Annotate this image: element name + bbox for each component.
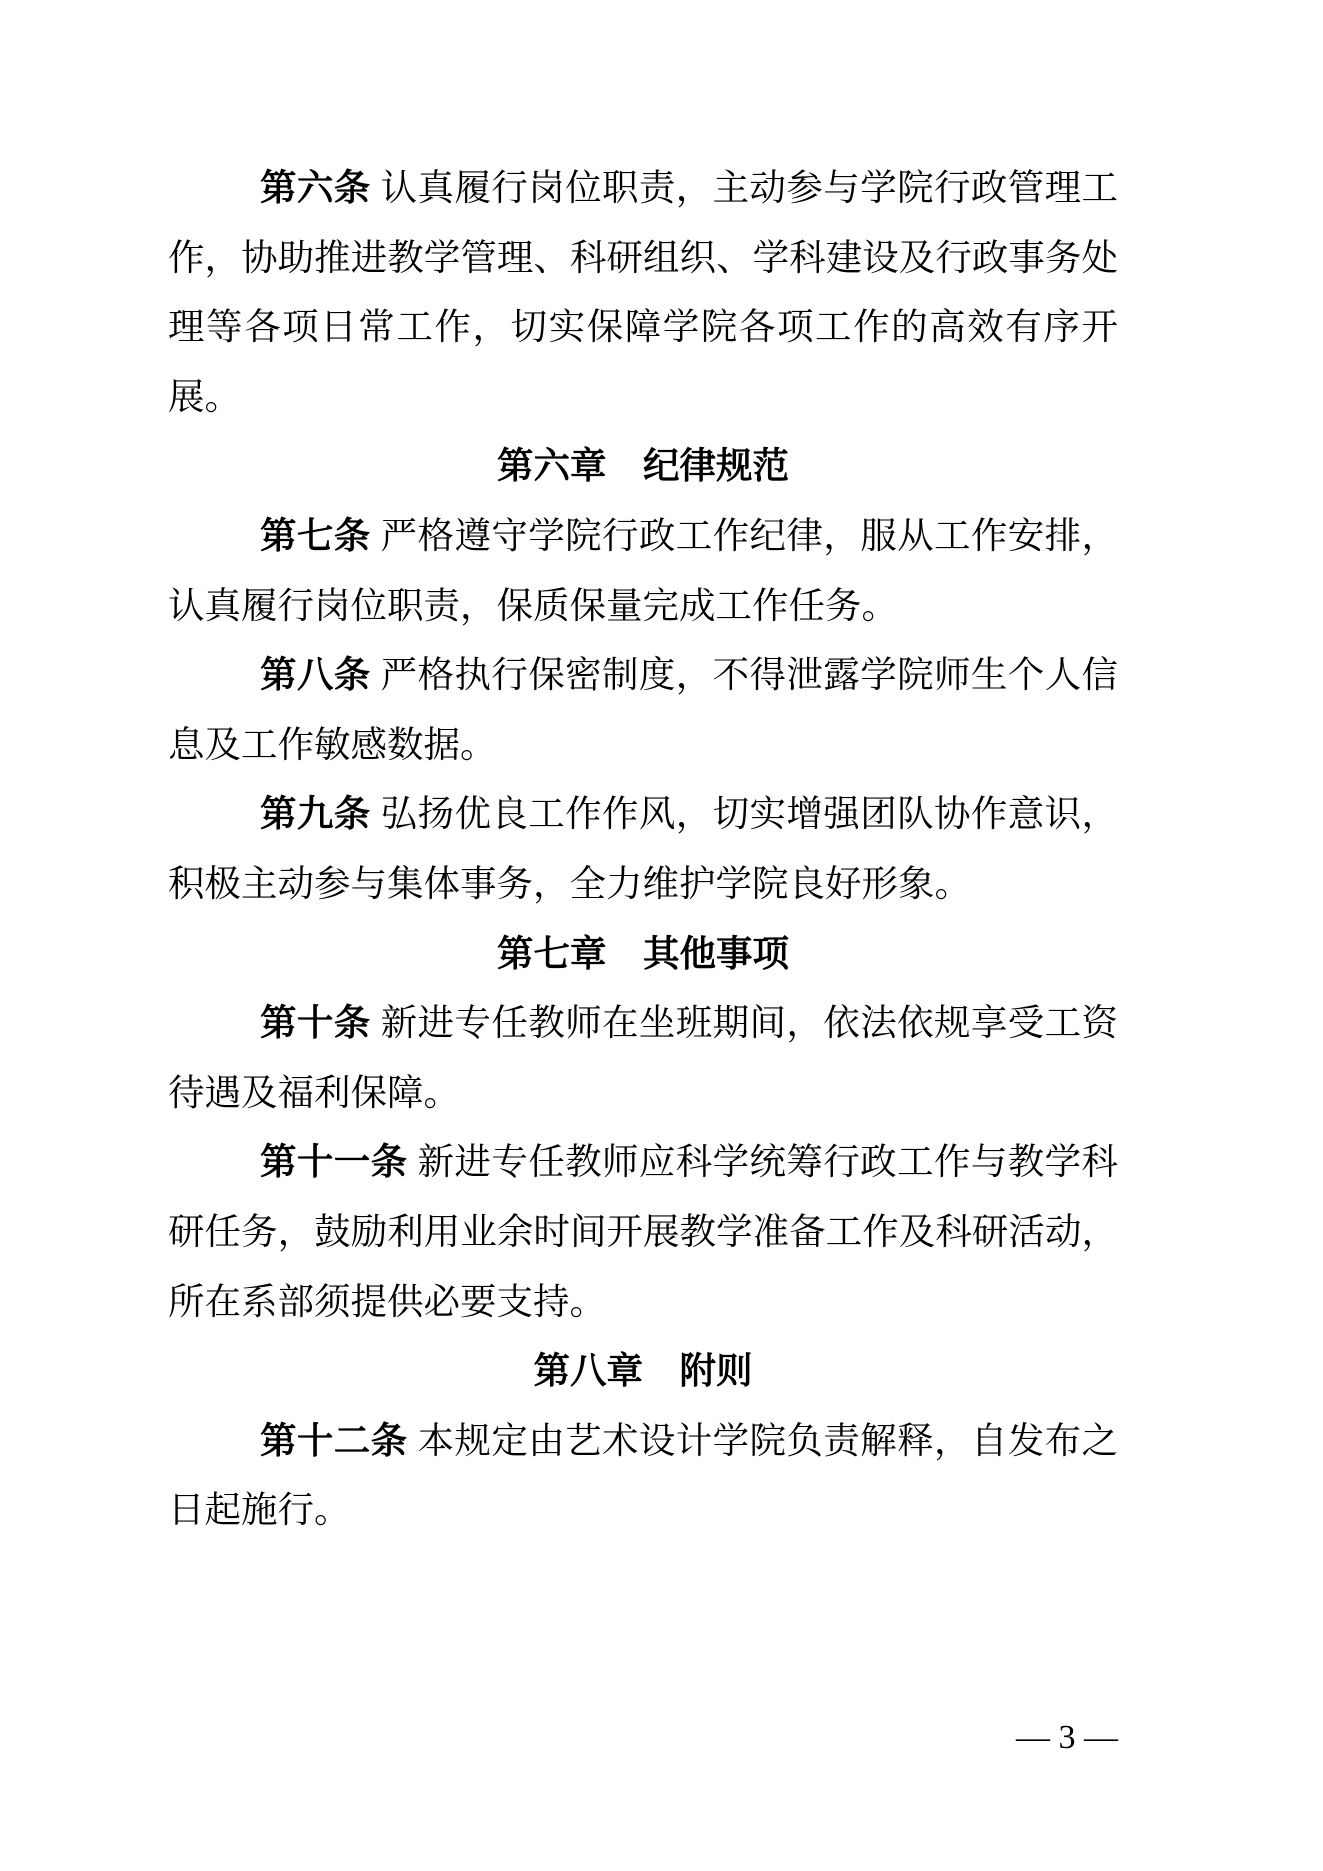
page-number: — 3 — (1016, 1720, 1118, 1756)
article-number: 第六条 (260, 167, 371, 208)
article-paragraph: 第九条弘扬优良工作作风，切实增强团队协作意识，积极主动参与集体事务，全力维护学院… (168, 779, 1118, 918)
article-number: 第十条 (260, 1002, 371, 1043)
article-paragraph: 第六条认真履行岗位职责，主动参与学院行政管理工作，协助推进教学管理、科研组织、学… (168, 153, 1118, 431)
article-paragraph: 第七条严格遵守学院行政工作纪律，服从工作安排，认真履行岗位职责，保质保量完成工作… (168, 501, 1118, 640)
article-number: 第八条 (260, 654, 371, 695)
document-body: 第六条认真履行岗位职责，主动参与学院行政管理工作，协助推进教学管理、科研组织、学… (168, 153, 1118, 1545)
chapter-heading: 第八章 附则 (168, 1336, 1118, 1406)
article-paragraph: 第八条严格执行保密制度，不得泄露学院师生个人信息及工作敏感数据。 (168, 640, 1118, 779)
article-paragraph: 第十二条本规定由艺术设计学院负责解释，自发布之日起施行。 (168, 1406, 1118, 1545)
article-number: 第七条 (260, 515, 371, 556)
chapter-heading: 第六章 纪律规范 (168, 431, 1118, 501)
document-page: 第六条认真履行岗位职责，主动参与学院行政管理工作，协助推进教学管理、科研组织、学… (0, 0, 1323, 1871)
article-number: 第九条 (260, 793, 371, 834)
article-paragraph: 第十条新进专任教师在坐班期间，依法依规享受工资待遇及福利保障。 (168, 988, 1118, 1127)
article-paragraph: 第十一条新进专任教师应科学统筹行政工作与教学科研任务，鼓励利用业余时间开展教学准… (168, 1127, 1118, 1336)
chapter-heading: 第七章 其他事项 (168, 919, 1118, 989)
article-number: 第十二条 (260, 1420, 408, 1461)
article-number: 第十一条 (260, 1141, 408, 1182)
